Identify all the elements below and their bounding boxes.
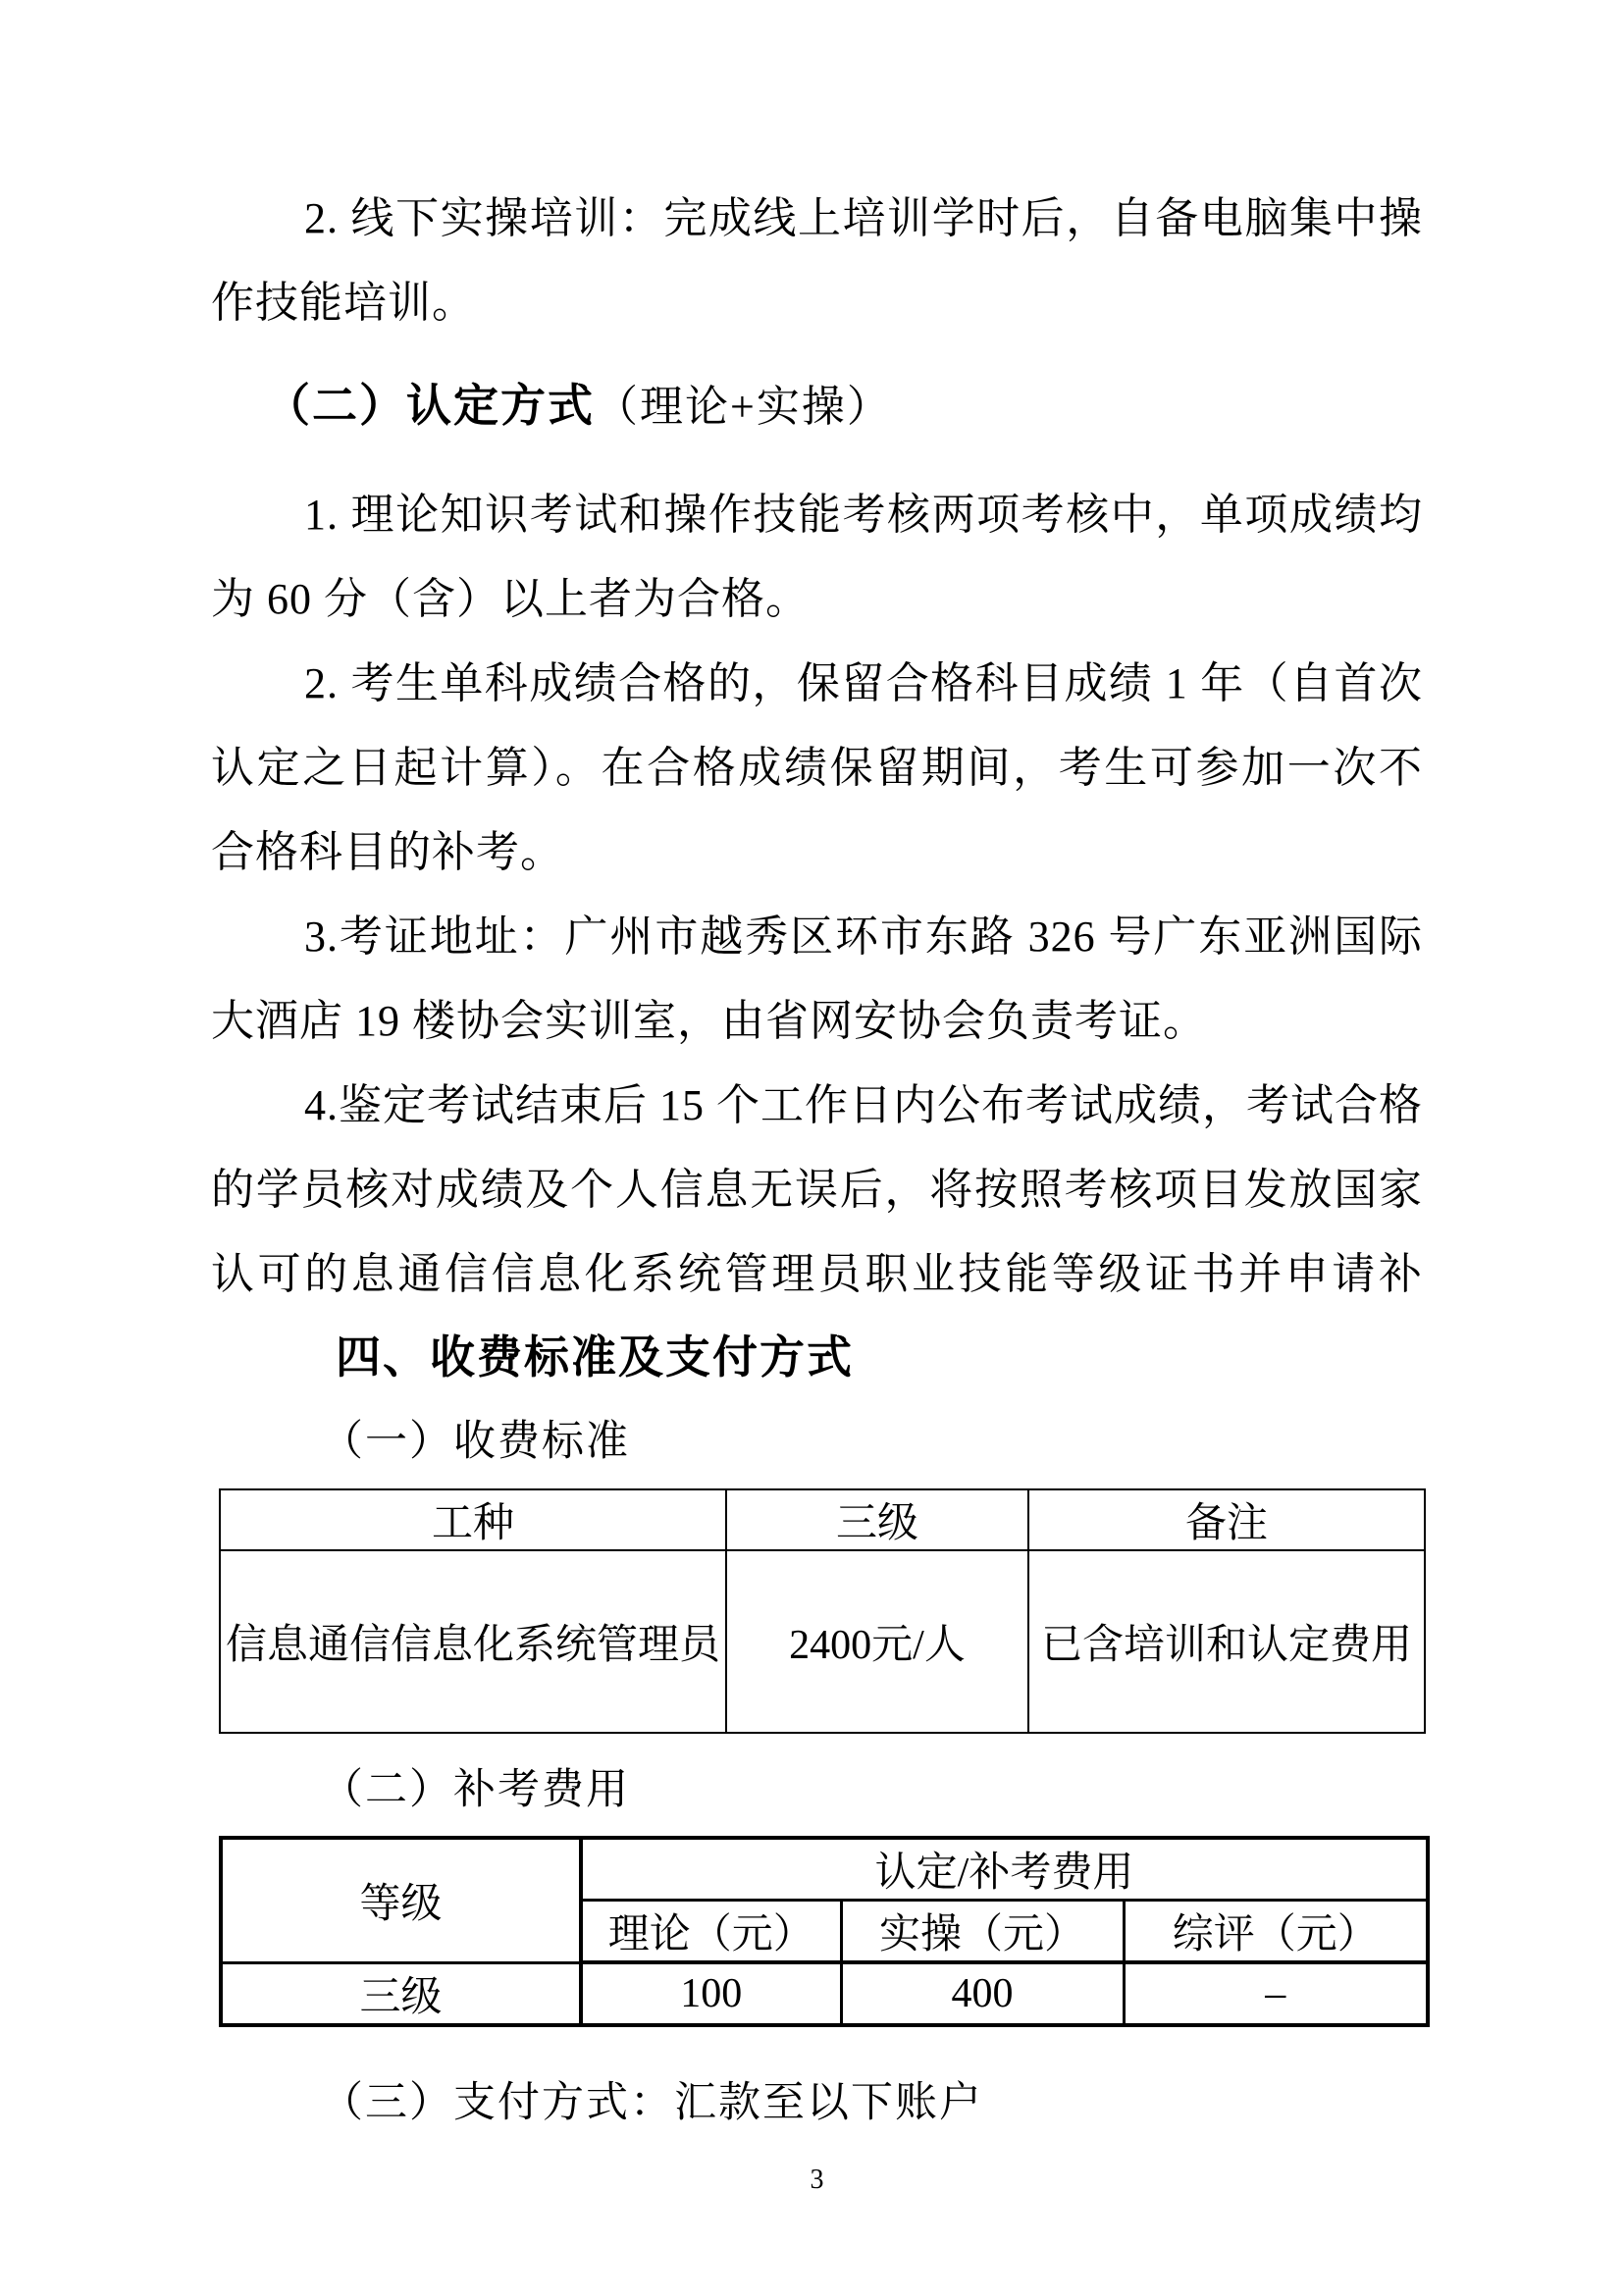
text-line: 1. 理论知识考试和操作技能考核两项考核中，单项成绩均 (211, 473, 1423, 557)
retake-fee-level-cell: 三级 (221, 1962, 581, 2025)
document-page: 2. 线下实操培训：完成线上培训学时后，自备电脑集中操 作技能培训。 （二）认定… (0, 0, 1624, 2295)
retake-fee-data-row: 三级 100 400 – (221, 1962, 1428, 2025)
retake-fee-table: 等级 认定/补考费用 理论（元） 实操（元） 综评（元） 三级 100 400 … (219, 1836, 1430, 2027)
text-line: 作技能培训。 (211, 261, 1423, 345)
text-line: 4.鉴定考试结束后 15 个工作日内公布考试成绩，考试合格 (211, 1064, 1423, 1148)
text-line: 2. 考生单科成绩合格的，保留合格科目成绩 1 年（自首次 (211, 642, 1423, 726)
page-number: 3 (211, 2161, 1423, 2200)
subheading-payment-method: （三）支付方式：汇款至以下账户 (211, 2074, 1423, 2133)
text-line: 认定之日起计算）。在合格成绩保留期间，考生可参加一次不 (211, 726, 1423, 810)
fee-standard-table: 工种 三级 备注 信息通信信息化系统管理员 2400元/人 已含培训和认定费用 (219, 1488, 1426, 1734)
fee-standard-header-remark: 备注 (1028, 1489, 1425, 1550)
subheading-fee-standard: （一）收费标准 (211, 1413, 1423, 1472)
text-line: 大酒店 19 楼协会实训室，由省网安协会负责考证。 (211, 979, 1423, 1064)
retake-fee-level-header: 等级 (221, 1838, 581, 1962)
text-line: 的学员核对成绩及个人信息无误后，将按照考核项目发放国家 (211, 1148, 1423, 1232)
paragraph-exam-address: 3.考证地址：广州市越秀区环市东路 326 号广东亚洲国际 大酒店 19 楼协会… (211, 895, 1423, 1064)
heading-certification-method-bold: （二）认定方式 (265, 380, 595, 431)
retake-fee-review-header: 综评（元） (1124, 1901, 1428, 1963)
heading-certification-method-paren: （理论+实操） (595, 383, 892, 431)
fee-standard-job-cell: 信息通信信息化系统管理员 (220, 1550, 726, 1733)
text-line: 认可的息通信信息化系统管理员职业技能等级证书并申请补贴。 (211, 1232, 1423, 1317)
retake-fee-theory-header: 理论（元） (581, 1901, 841, 1963)
page-content: 2. 线下实操培训：完成线上培训学时后，自备电脑集中操 作技能培训。 （二）认定… (211, 0, 1423, 2133)
fee-standard-remark-cell: 已含培训和认定费用 (1028, 1550, 1425, 1733)
text-line: 3.考证地址：广州市越秀区环市东路 326 号广东亚洲国际 (211, 895, 1423, 979)
text-line: 为 60 分（含）以上者为合格。 (211, 557, 1423, 642)
fee-standard-header-row: 工种 三级 备注 (220, 1489, 1425, 1550)
retake-fee-group-header: 认定/补考费用 (581, 1838, 1428, 1901)
retake-fee-group-header-row: 等级 认定/补考费用 (221, 1838, 1428, 1901)
retake-fee-review-cell: – (1124, 1962, 1428, 2025)
body-paragraphs: 1. 理论知识考试和操作技能考核两项考核中，单项成绩均 为 60 分（含）以上者… (211, 473, 1423, 1317)
paragraph-result-announcement: 4.鉴定考试结束后 15 个工作日内公布考试成绩，考试合格 的学员核对成绩及个人… (211, 1064, 1423, 1317)
fee-standard-header-job: 工种 (220, 1489, 726, 1550)
paragraph-retain-rule: 2. 考生单科成绩合格的，保留合格科目成绩 1 年（自首次 认定之日起计算）。在… (211, 642, 1423, 895)
heading-certification-method: （二）认定方式（理论+实操） (211, 363, 1423, 447)
paragraph-pass-rule: 1. 理论知识考试和操作技能考核两项考核中，单项成绩均 为 60 分（含）以上者… (211, 473, 1423, 642)
fee-standard-header-level3: 三级 (726, 1489, 1028, 1550)
heading-fee-and-payment: 四、收费标准及支付方式 (211, 1327, 1423, 1387)
text-line: 2. 线下实操培训：完成线上培训学时后，自备电脑集中操 (211, 177, 1423, 261)
retake-fee-practice-cell: 400 (841, 1962, 1124, 2025)
retake-fee-theory-cell: 100 (581, 1962, 841, 2025)
paragraph-offline-training: 2. 线下实操培训：完成线上培训学时后，自备电脑集中操 作技能培训。 (211, 177, 1423, 345)
text-line: 合格科目的补考。 (211, 810, 1423, 895)
fee-standard-data-row: 信息通信信息化系统管理员 2400元/人 已含培训和认定费用 (220, 1550, 1425, 1733)
subheading-retake-fee: （二）补考费用 (211, 1761, 1423, 1820)
retake-fee-practice-header: 实操（元） (841, 1901, 1124, 1963)
fee-standard-price-cell: 2400元/人 (726, 1550, 1028, 1733)
